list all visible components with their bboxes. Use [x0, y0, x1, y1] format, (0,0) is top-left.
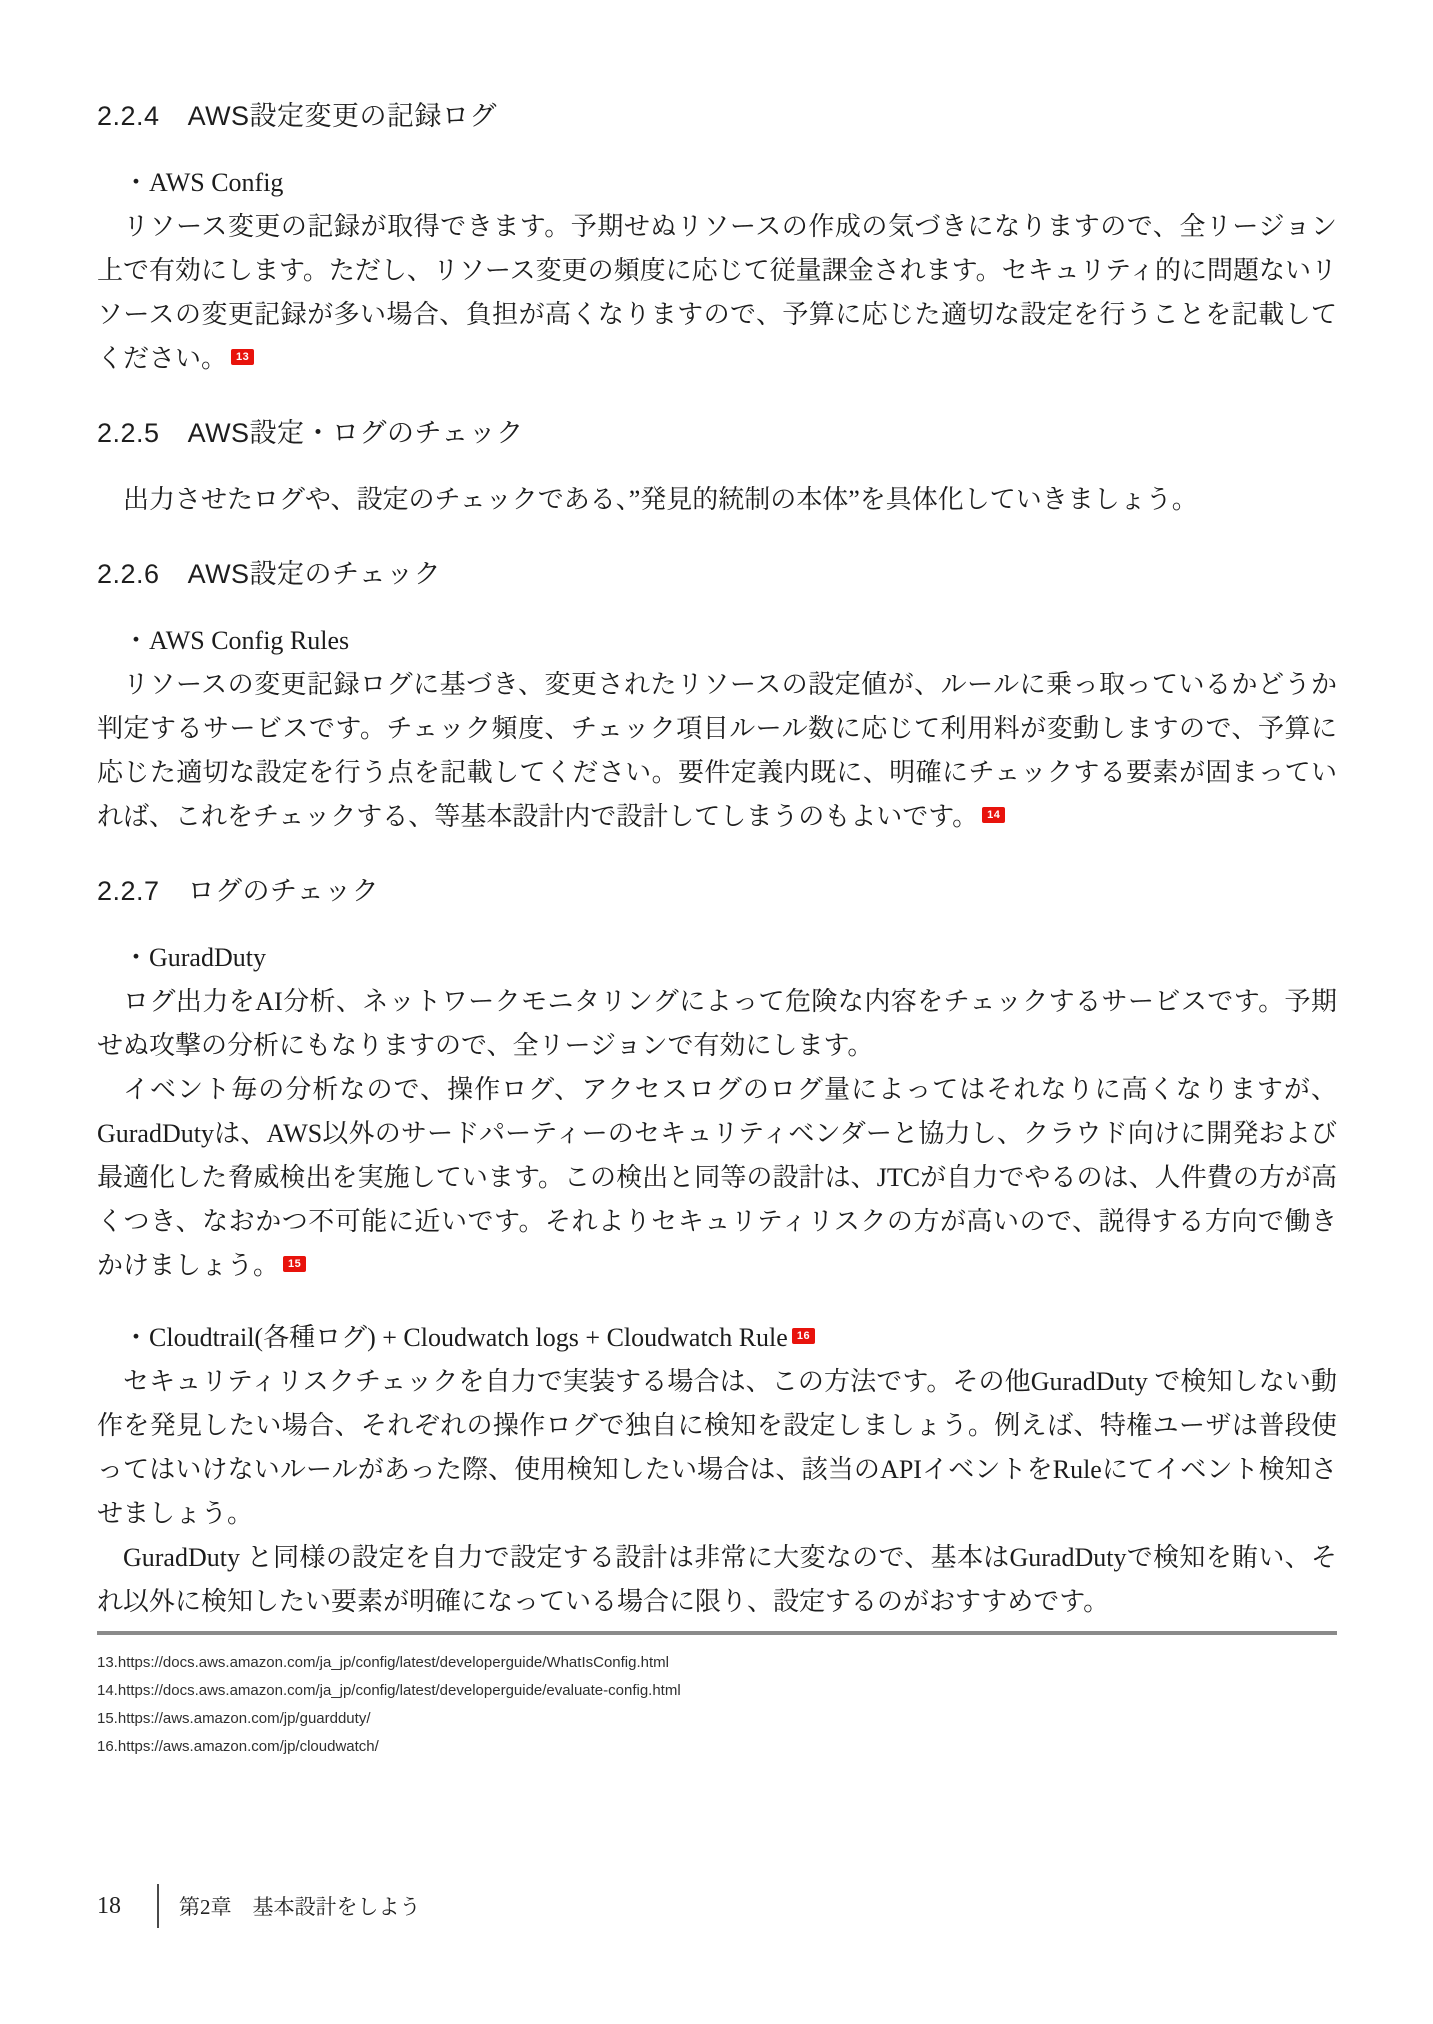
- body-paragraph: リソースの変更記録ログに基づき、変更されたリソースの設定値が、ルールに乗っ取って…: [97, 663, 1337, 839]
- heading-number: 2.2.7: [97, 876, 160, 906]
- body-paragraph: GuradDuty と同様の設定を自力で設定する設計は非常に大変なので、基本はG…: [97, 1536, 1337, 1624]
- page-content: 2.2.4AWS設定変更の記録ログ ・AWS Config リソース変更の記録が…: [97, 100, 1337, 1624]
- footnote-divider: [97, 1631, 1337, 1635]
- footnote-url: https://docs.aws.amazon.com/ja_jp/config…: [118, 1682, 681, 1699]
- heading-title: AWS設定のチェック: [188, 559, 442, 589]
- footnote-item: 13.https://docs.aws.amazon.com/ja_jp/con…: [97, 1649, 1337, 1677]
- footer-divider: [157, 1884, 159, 1928]
- paragraph-text: ログ出力をAI分析、ネットワークモニタリングによって危険な内容をチェックするサー…: [97, 987, 1337, 1060]
- footnote-url: https://docs.aws.amazon.com/ja_jp/config…: [118, 1654, 669, 1671]
- paragraph-text: 出力させたログや、設定のチェックである、”発見的統制の本体”を具体化していきまし…: [123, 485, 1198, 514]
- page-footer: 18 第2章 基本設計をしよう: [97, 1884, 421, 1928]
- paragraph-text: GuradDuty と同様の設定を自力で設定する設計は非常に大変なので、基本はG…: [97, 1543, 1337, 1616]
- paragraph-text: リソースの変更記録ログに基づき、変更されたリソースの設定値が、ルールに乗っ取って…: [97, 670, 1337, 831]
- footnote-ref-badge: 16: [792, 1328, 815, 1344]
- section-heading-225: 2.2.5AWS設定・ログのチェック: [97, 417, 1337, 450]
- footnote-ref-badge: 14: [982, 807, 1005, 823]
- section-heading-227: 2.2.7ログのチェック: [97, 875, 1337, 908]
- body-paragraph: セキュリティリスクチェックを自力で実装する場合は、この方法です。その他Gurad…: [97, 1360, 1337, 1536]
- document-page: 2.2.4AWS設定変更の記録ログ ・AWS Config リソース変更の記録が…: [0, 0, 1433, 2024]
- footnote-number: 16.: [97, 1738, 118, 1755]
- bullet-item-aws-config: ・AWS Config: [97, 161, 1337, 205]
- footnote-item: 14.https://docs.aws.amazon.com/ja_jp/con…: [97, 1677, 1337, 1705]
- paragraph-text: リソース変更の記録が取得できます。予期せぬリソースの作成の気づきになりますので、…: [97, 212, 1337, 373]
- heading-number: 2.2.5: [97, 418, 160, 448]
- footnote-number: 13.: [97, 1654, 118, 1671]
- footnote-ref-badge: 13: [231, 349, 254, 365]
- section-heading-224: 2.2.4AWS設定変更の記録ログ: [97, 100, 1337, 133]
- bullet-item-aws-config-rules: ・AWS Config Rules: [97, 619, 1337, 663]
- footnote-item: 16.https://aws.amazon.com/jp/cloudwatch/: [97, 1733, 1337, 1761]
- heading-number: 2.2.4: [97, 101, 160, 131]
- body-paragraph: 出力させたログや、設定のチェックである、”発見的統制の本体”を具体化していきまし…: [97, 478, 1337, 522]
- page-number: 18: [97, 1893, 121, 1920]
- heading-number: 2.2.6: [97, 559, 160, 589]
- paragraph-text: イベント毎の分析なので、操作ログ、アクセスログのログ量によってはそれなりに高くな…: [97, 1075, 1337, 1280]
- paragraph-text: セキュリティリスクチェックを自力で実装する場合は、この方法です。その他Gurad…: [97, 1367, 1337, 1528]
- bullet-text: ・Cloudtrail(各種ログ) + Cloudwatch logs + Cl…: [123, 1323, 788, 1352]
- bullet-item-cloudtrail: ・Cloudtrail(各種ログ) + Cloudwatch logs + Cl…: [97, 1316, 1337, 1360]
- heading-title: ログのチェック: [188, 876, 380, 906]
- footnote-number: 14.: [97, 1682, 118, 1699]
- heading-title: AWS設定・ログのチェック: [188, 418, 524, 448]
- footnote-url: https://aws.amazon.com/jp/cloudwatch/: [118, 1738, 379, 1755]
- section-heading-226: 2.2.6AWS設定のチェック: [97, 558, 1337, 591]
- footnote-item: 15.https://aws.amazon.com/jp/guardduty/: [97, 1705, 1337, 1733]
- heading-title: AWS設定変更の記録ログ: [188, 101, 498, 131]
- footnotes-block: 13.https://docs.aws.amazon.com/ja_jp/con…: [97, 1631, 1337, 1761]
- footnote-url: https://aws.amazon.com/jp/guardduty/: [118, 1710, 371, 1727]
- body-paragraph: ログ出力をAI分析、ネットワークモニタリングによって危険な内容をチェックするサー…: [97, 980, 1337, 1068]
- bullet-item-guradduty: ・GuradDuty: [97, 936, 1337, 980]
- footnote-number: 15.: [97, 1710, 118, 1727]
- body-paragraph: リソース変更の記録が取得できます。予期せぬリソースの作成の気づきになりますので、…: [97, 205, 1337, 381]
- body-paragraph: イベント毎の分析なので、操作ログ、アクセスログのログ量によってはそれなりに高くな…: [97, 1068, 1337, 1288]
- chapter-title: 第2章 基本設計をしよう: [179, 1891, 421, 1921]
- footnote-ref-badge: 15: [283, 1256, 306, 1272]
